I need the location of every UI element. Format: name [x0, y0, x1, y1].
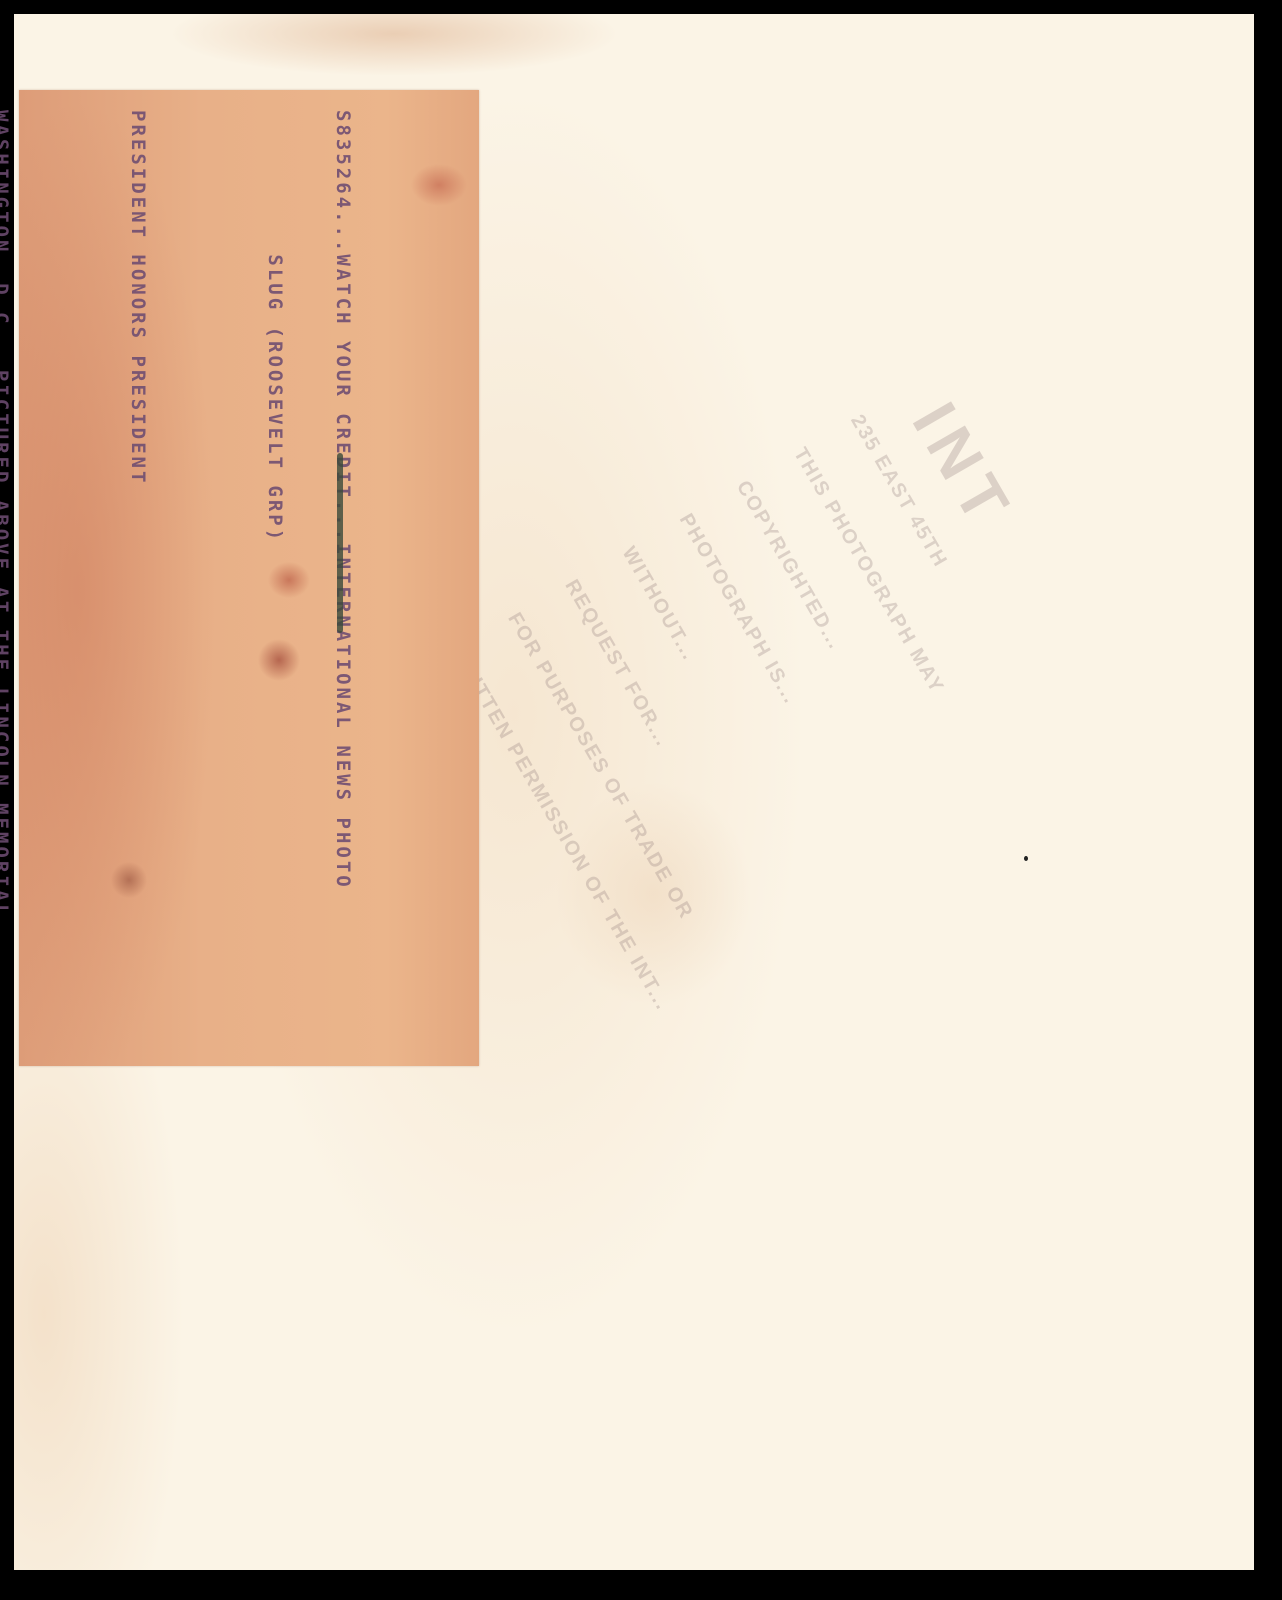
stamp-line: THIS PHOTOGRAPH MAY	[789, 444, 1068, 905]
stamp-line: COPYRIGHTED...	[732, 477, 1011, 938]
agency-copyright-stamp: INT 235 EAST 45TH THIS PHOTOGRAPH MAY CO…	[479, 354, 1224, 1084]
stamp-line: WITHOUT...	[618, 543, 897, 1004]
caption-spacer	[194, 110, 218, 1070]
stamp-line: REQUEST FOR...	[560, 576, 839, 1037]
caption-body-line: WASHINGTON, D.C...PICTURED ABOVE AT THE …	[0, 110, 12, 1070]
stamp-line: WRITTEN PERMISSION OF THE INT...	[446, 642, 725, 1103]
stamp-line: PHOTOGRAPH IS...	[675, 510, 954, 971]
caption-headline: PRESIDENT HONORS PRESIDENT	[126, 110, 149, 1070]
pen-underline-mark	[337, 453, 343, 633]
caption-slip: S835264...WATCH YOUR CREDIT...INTERNATIO…	[19, 90, 479, 1066]
caption-slug-line: SLUG (ROOSEVELT GRP)	[263, 110, 286, 1070]
ink-speck	[1024, 856, 1028, 861]
caption-spacer	[57, 110, 81, 1070]
stamp-line: FOR PURPOSES OF TRADE OR	[503, 609, 782, 1070]
